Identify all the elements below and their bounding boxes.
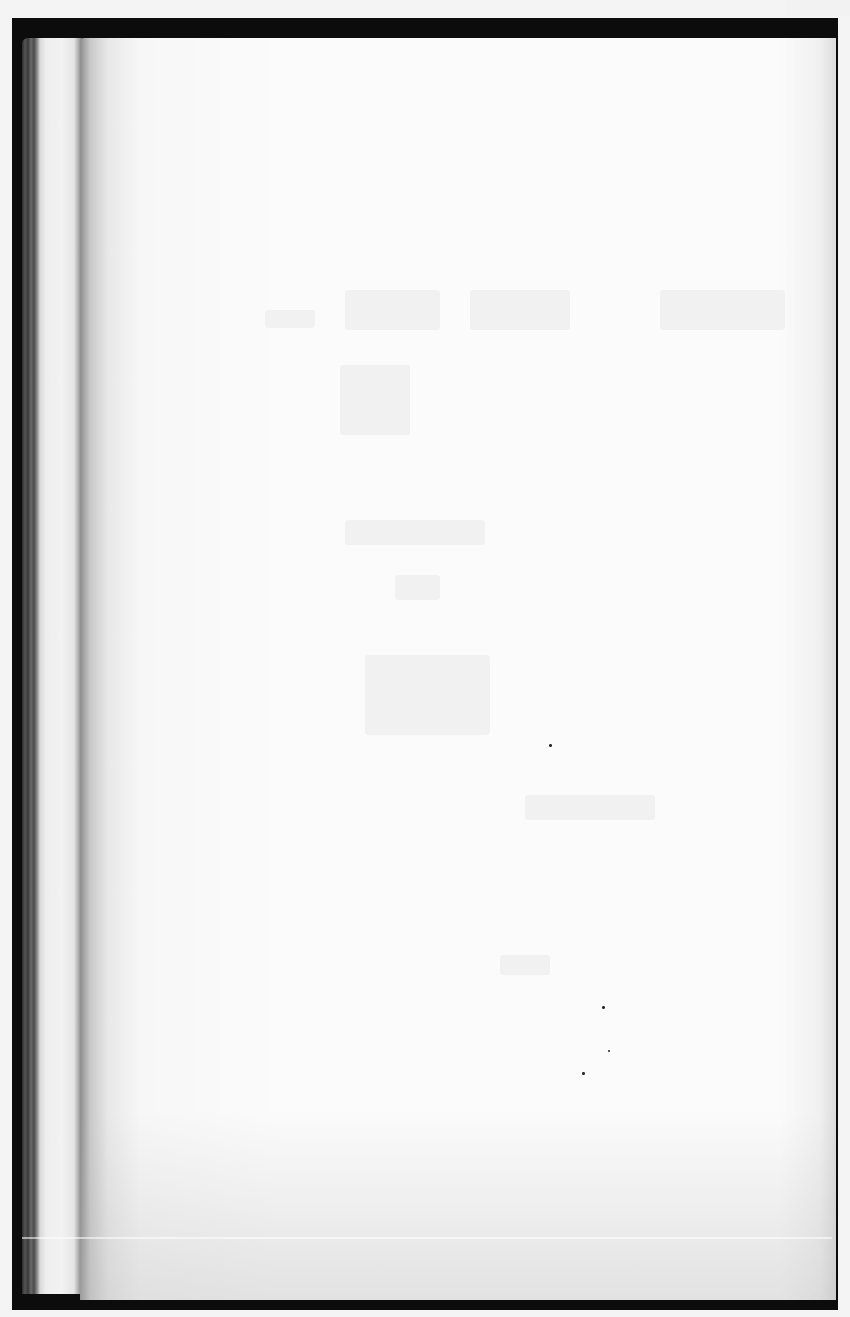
book-page-edges — [22, 38, 82, 1294]
bleed-through-mark — [470, 290, 570, 330]
dust-speck — [608, 1050, 610, 1052]
dust-speck — [582, 1072, 585, 1075]
bleed-through-mark — [365, 655, 490, 735]
dust-speck — [602, 1006, 605, 1009]
scanner-bed-edge — [786, 0, 850, 16]
bleed-through-mark — [345, 520, 485, 545]
bleed-through-mark — [340, 365, 410, 435]
bleed-through-mark — [525, 795, 655, 820]
dust-speck — [549, 744, 552, 747]
bleed-through-mark — [660, 290, 785, 330]
bleed-through-mark — [265, 310, 315, 328]
scan-artifact-line — [22, 1237, 832, 1239]
bleed-through-mark — [345, 290, 440, 330]
bleed-through-mark — [500, 955, 550, 975]
bleed-through-mark — [395, 575, 440, 600]
